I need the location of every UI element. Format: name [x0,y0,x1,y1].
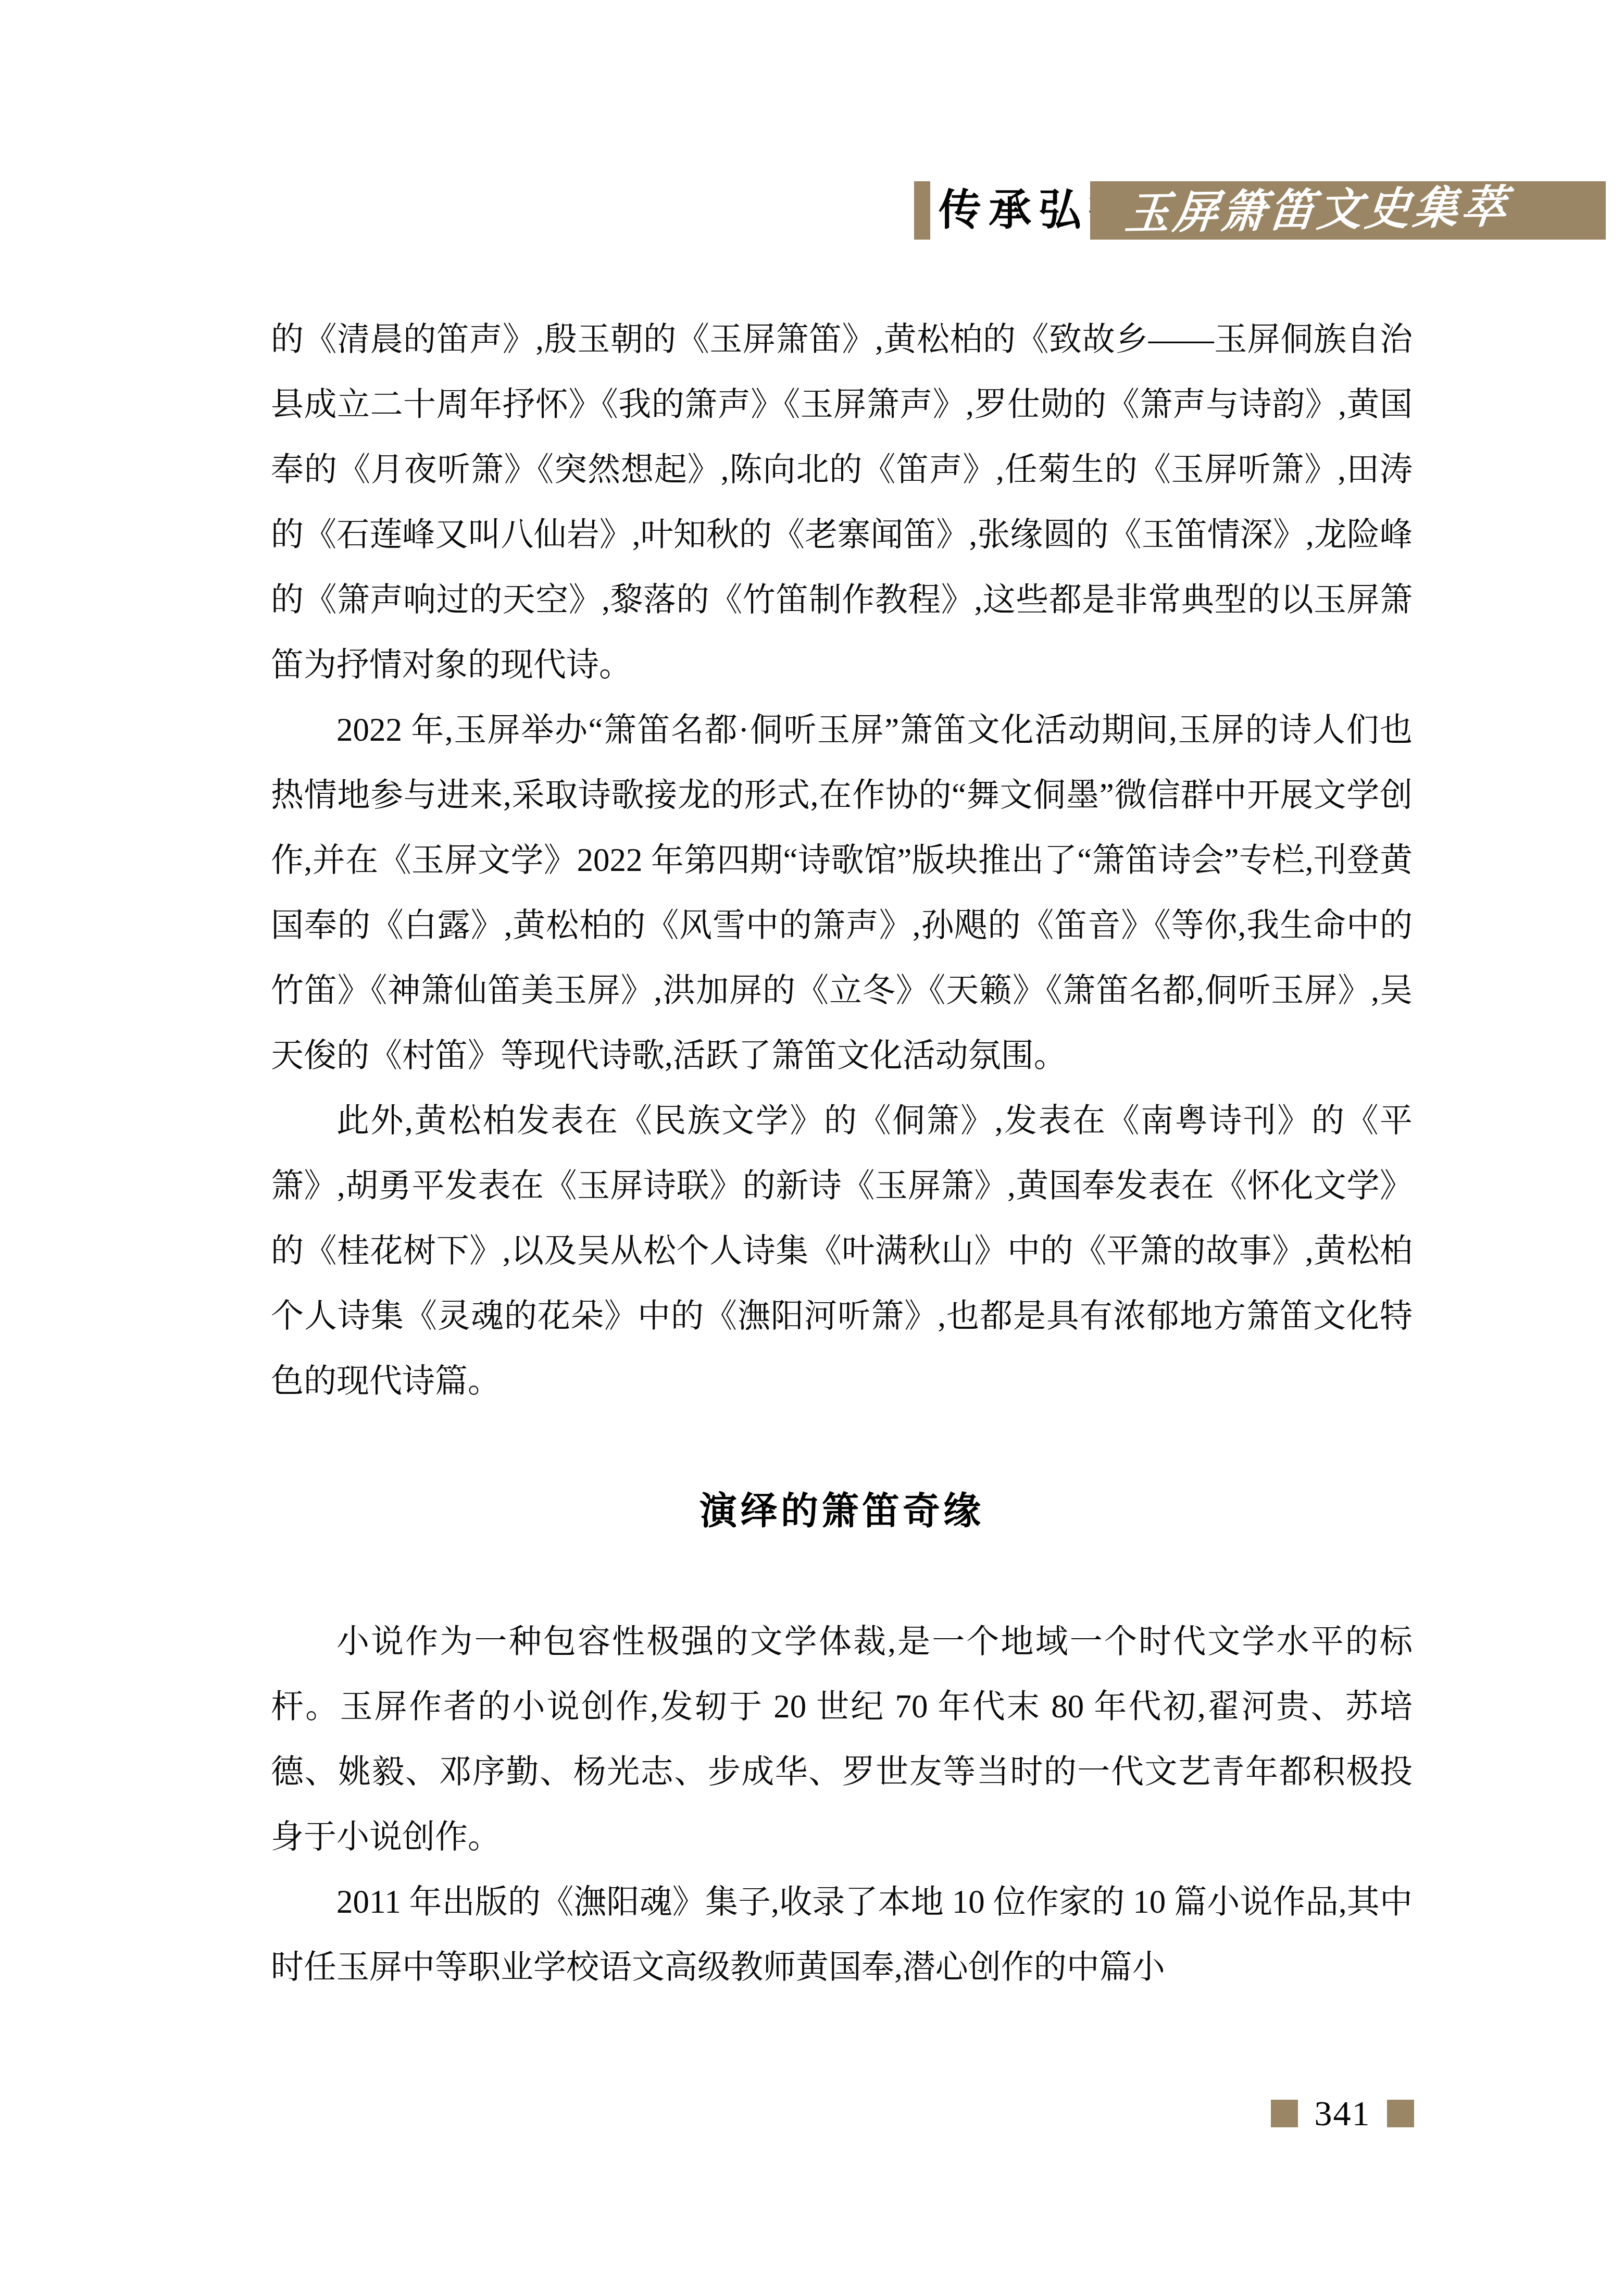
paragraph: 2022 年,玉屏举办“箫笛名都·侗听玉屏”箫笛文化活动期间,玉屏的诗人们也热情… [271,697,1413,1088]
page-body-text: 的《清晨的笛声》,殷玉朝的《玉屏箫笛》,黄松柏的《致故乡——玉屏侗族自治县成立二… [271,307,1413,2000]
paragraph: 2011 年出版的《潕阳魂》集子,收录了本地 10 位作家的 10 篇小说作品,… [271,1869,1413,2000]
page-number-right-square [1387,2100,1414,2127]
paragraph: 小说作为一种包容性极强的文学体裁,是一个地域一个时代文学水平的标杆。玉屏作者的小… [271,1609,1413,1869]
page-footer: 341 [1271,2099,1414,2127]
paragraph: 此外,黄松柏发表在《民族文学》的《侗箫》,发表在《南粤诗刊》的《平箫》,胡勇平发… [271,1088,1413,1414]
header-banner-calligraphy-title: 玉屏箫笛文史集萃 [1123,180,1511,241]
page-number: 341 [1315,2099,1371,2127]
page-number-left-square [1271,2100,1298,2127]
section-heading: 演绎的箫笛奇缘 [271,1479,1413,1544]
header-accent-bar [914,181,930,240]
header-banner: 玉屏箫笛文史集萃 [1090,181,1606,240]
paragraph-continuation: 的《清晨的笛声》,殷玉朝的《玉屏箫笛》,黄松柏的《致故乡——玉屏侗族自治县成立二… [271,307,1413,697]
book-page: 传承弘扬 玉屏箫笛文史集萃 的《清晨的笛声》,殷玉朝的《玉屏箫笛》,黄松柏的《致… [0,0,1624,2269]
